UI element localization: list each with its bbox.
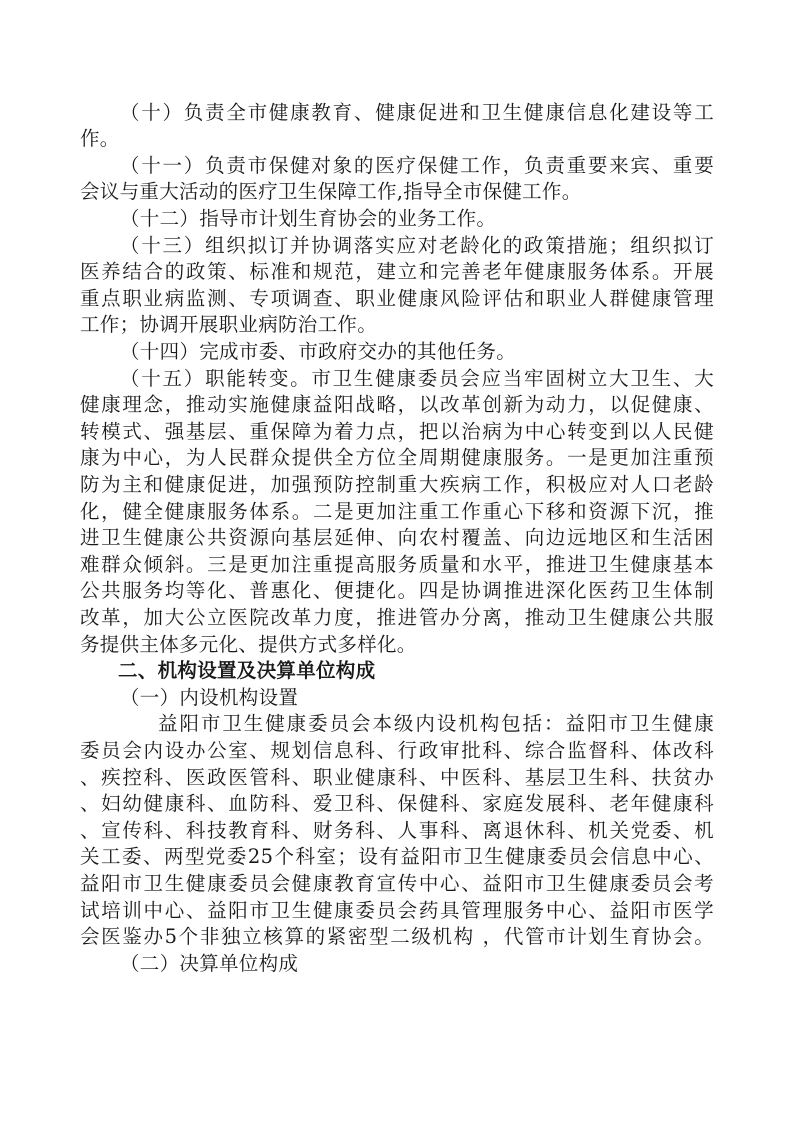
subsection-heading: （一）内设机构设置 (80, 685, 714, 711)
paragraph-line: 化，健全健康服务体系。二是更加注重工作重心下移和资源下沉，推 (80, 499, 714, 525)
paragraph-line: 难群众倾斜。三是更加注重提高服务质量和水平，推进卫生健康基本 (80, 552, 714, 578)
paragraph-line: 工作；协调开展职业病防治工作。 (80, 312, 714, 338)
paragraph-line: 、疾控科、医政医管科、职业健康科、中医科、基层卫生科、扶贫办 (80, 765, 714, 791)
paragraph-line: （十四）完成市委、市政府交办的其他任务。 (80, 339, 714, 365)
paragraph-line: 作。 (80, 126, 714, 152)
paragraph-line: 防为主和健康促进，加强预防控制重大疾病工作，积极应对人口老龄 (80, 472, 714, 498)
paragraph-line: （十五）职能转变。市卫生健康委员会应当牢固树立大卫生、大 (80, 366, 714, 392)
paragraph-line: 康为中心，为人民群众提供全方位全周期健康服务。一是更加注重预 (80, 445, 714, 471)
paragraph-line: 重点职业病监测、专项调查、职业健康风险评估和职业人群健康管理 (80, 286, 714, 312)
paragraph-line: 改革，加大公立医院改革力度，推进管办分离，推动卫生健康公共服 (80, 605, 714, 631)
paragraph-line: 进卫生健康公共资源向基层延伸、向农村覆盖、向边远地区和生活困 (80, 525, 714, 551)
paragraph-line: 关工委、两型党委25个科室；设有益阳市卫生健康委员会信息中心、 (80, 844, 714, 870)
paragraph-line: 务提供主体多元化、提供方式多样化。 (80, 632, 714, 658)
paragraph-line: 、妇幼健康科、血防科、爱卫科、保健科、家庭发展科、老年健康科 (80, 791, 714, 817)
document-page: （十）负责全市健康教育、健康促进和卫生健康信息化建设等工 作。 （十一）负责市保… (0, 0, 793, 1122)
paragraph-line: 、宣传科、科技教育科、财务科、人事科、离退休科、机关党委、机 (80, 818, 714, 844)
paragraph-line: 公共服务均等化、普惠化、便捷化。四是协调推进深化医药卫生体制 (80, 578, 714, 604)
paragraph-line: 会议与重大活动的医疗卫生保障工作,指导全市保健工作。 (80, 179, 714, 205)
paragraph-line: （十二）指导市计划生育协会的业务工作。 (80, 206, 714, 232)
paragraph-line: 转模式、强基层、重保障为着力点，把以治病为中心转变到以人民健 (80, 419, 714, 445)
section-heading: 二、机构设置及决算单位构成 (80, 658, 714, 684)
subsection-heading: （二）决算单位构成 (80, 951, 714, 977)
paragraph-line: 健康理念，推动实施健康益阳战略，以改革创新为动力，以促健康、 (80, 392, 714, 418)
paragraph-line: 医养结合的政策、标准和规范，建立和完善老年健康服务体系。开展 (80, 259, 714, 285)
paragraph-line: （十）负责全市健康教育、健康促进和卫生健康信息化建设等工 (80, 100, 714, 126)
paragraph-line: （十三）组织拟订并协调落实应对老龄化的政策措施；组织拟订 (80, 233, 714, 259)
paragraph-line: 益阳市卫生健康委员会本级内设机构包括：益阳市卫生健康 (80, 711, 714, 737)
paragraph-line: （十一）负责市保健对象的医疗保健工作，负责重要来宾、重要 (80, 153, 714, 179)
paragraph-line: 益阳市卫生健康委员会健康教育宣传中心、益阳市卫生健康委员会考 (80, 871, 714, 897)
paragraph-line: 委员会内设办公室、规划信息科、行政审批科、综合监督科、体改科 (80, 738, 714, 764)
paragraph-line: 试培训中心、益阳市卫生健康委员会药具管理服务中心、益阳市医学 (80, 898, 714, 924)
paragraph-line: 会医鉴办5个非独立核算的紧密型二级机构 ，代管市计划生育协会。 (80, 924, 714, 950)
